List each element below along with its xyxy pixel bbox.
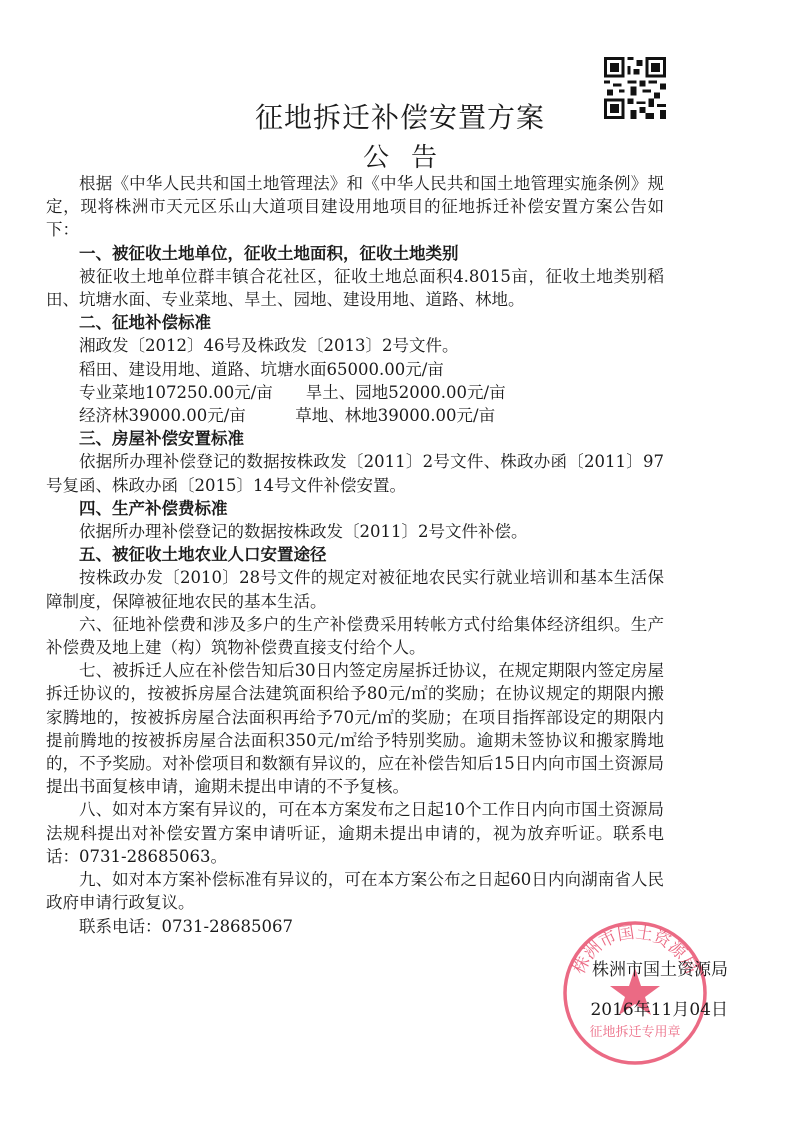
section-heading: 三、房屋补偿安置标准: [46, 427, 664, 450]
section-heading: 一、被征收土地单位，征收土地面积，征收土地类别: [46, 242, 664, 265]
section-paragraph: 依据所办理补偿登记的数据按株政发〔2011〕2号文件补偿。: [46, 520, 664, 543]
section-paragraph: 按株政办发〔2010〕28号文件的规定对被征地农民实行就业培训和基本生活保障制度…: [46, 566, 664, 612]
issuer-name: 株洲市国土资源局: [592, 955, 728, 980]
section-paragraph: 湘政发〔2012〕46号及株政发〔2013〕2号文件。: [46, 334, 664, 357]
section-paragraph: 专业菜地107250.00元/亩 旱土、园地52000.00元/亩: [46, 381, 664, 404]
document-body: 根据《中华人民共和国土地管理法》和《中华人民共和国土地管理实施条例》规定，现将株…: [46, 172, 664, 938]
item-paragraph: 七、被拆迁人应在补偿告知后30日内签定房屋拆迁协议，在规定期限内签定房屋拆迁协议…: [46, 659, 664, 798]
section-heading: 四、生产补偿费标准: [46, 497, 664, 520]
document-subtitle: 公告: [0, 137, 800, 174]
issue-date: 2016年11月04日: [590, 995, 728, 1020]
item-paragraph: 九、如对本方案补偿标准有异议的，可在本方案公布之日起60日内向湖南省人民政府申请…: [46, 868, 664, 914]
item-paragraph: 六、征地补偿费和涉及多户的生产补偿费采用转帐方式付给集体经济组织。生产补偿费及地…: [46, 613, 664, 659]
document-title: 征地拆迁补偿安置方案: [0, 96, 800, 136]
intro-paragraph: 根据《中华人民共和国土地管理法》和《中华人民共和国土地管理实施条例》规定，现将株…: [46, 172, 664, 242]
item-paragraph: 八、如对本方案有异议的，可在本方案发布之日起10个工作日内向市国土资源局法规科提…: [46, 798, 664, 868]
section-heading: 二、征地补偿标准: [46, 311, 664, 334]
section-paragraph: 稻田、建设用地、道路、坑塘水面65000.00元/亩: [46, 358, 664, 381]
seal-bottom-text: 征地拆迁专用章: [589, 1024, 680, 1040]
section-paragraph: 被征收土地单位群丰镇合花社区，征收土地总面积4.8015亩，征收土地类别稻田、坑…: [46, 265, 664, 311]
official-seal: 株洲市国土资源局 征地拆迁专用章: [560, 918, 710, 1068]
section-heading: 五、被征收土地农业人口安置途径: [46, 543, 664, 566]
section-paragraph: 依据所办理补偿登记的数据按株政发〔2011〕2号文件、株政办函〔2011〕97号…: [46, 450, 664, 496]
section-paragraph: 经济林39000.00元/亩 草地、林地39000.00元/亩: [46, 404, 664, 427]
